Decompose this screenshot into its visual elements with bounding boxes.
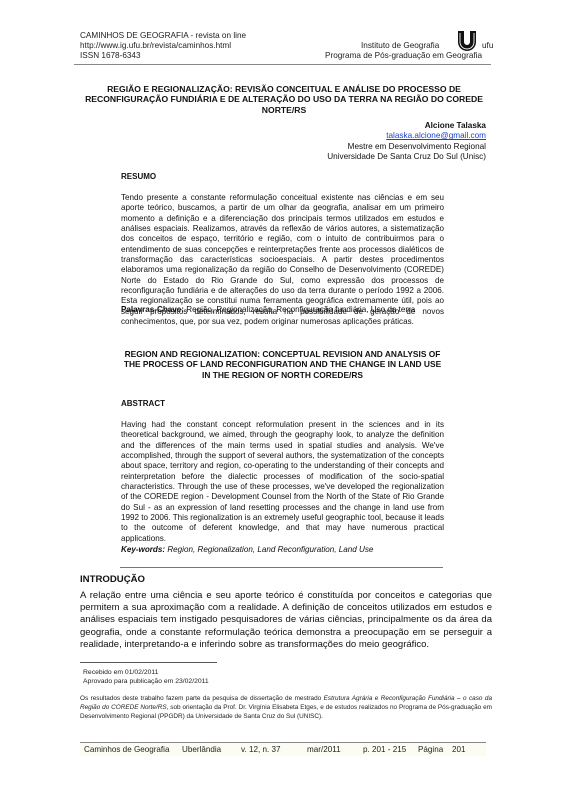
footer-city: Uberlândia xyxy=(182,745,221,754)
footer-pages: p. 201 - 215 xyxy=(363,745,406,754)
author-email-link[interactable]: talaska.alcione@gmail.com xyxy=(386,131,486,140)
key-words: Key-words: Region, Regionalization, Land… xyxy=(121,545,373,554)
resumo-heading: RESUMO xyxy=(121,172,156,181)
footnote-dates: Recebido em 01/02/2011 Aprovado para pub… xyxy=(83,668,209,686)
abstract-body: Having had the constant concept reformul… xyxy=(121,420,444,544)
institute-name: Instituto de Geografia xyxy=(361,41,439,50)
footnote-note: Os resultados deste trabalho fazem parte… xyxy=(80,694,492,721)
intro-body: A relação entre uma ciência e seu aporte… xyxy=(80,590,492,651)
abstract-heading: ABSTRACT xyxy=(121,399,165,408)
palavras-chave-values: Região, Regionalização, Reconfiguração f… xyxy=(184,305,415,314)
footer-page-number: 201 xyxy=(452,745,466,754)
received-date: Recebido em 01/02/2011 xyxy=(83,668,209,677)
program-name: Programa de Pós-graduação em Geografia xyxy=(325,51,482,61)
author-name: Alcione Talaska xyxy=(226,121,486,131)
ufu-label: ufu xyxy=(482,41,493,50)
footer-date: mar/2011 xyxy=(307,745,341,754)
author-degree: Mestre em Desenvolvimento Regional xyxy=(226,142,486,152)
footer-volume: v. 12, n. 37 xyxy=(241,745,280,754)
author-institution: Universidade De Santa Cruz Do Sul (Unisc… xyxy=(226,152,486,162)
footer-journal: Caminhos de Geografia xyxy=(84,745,169,754)
journal-name: CAMINHOS DE GEOGRAFIA - revista on line xyxy=(80,31,246,41)
footer-page-label: Página xyxy=(418,745,443,754)
palavras-chave: Palavras-Chave: Região, Regionalização, … xyxy=(121,305,415,314)
journal-url[interactable]: http://www.ig.ufu.br/revista/caminhos.ht… xyxy=(80,41,246,51)
ufu-logo-icon xyxy=(455,30,479,52)
page-footer: Caminhos de Geografia Uberlândia v. 12, … xyxy=(80,742,486,756)
intro-heading: INTRODUÇÃO xyxy=(80,574,145,585)
key-words-label: Key-words: xyxy=(121,545,165,554)
footnote-divider xyxy=(80,662,217,663)
palavras-chave-label: Palavras-Chave: xyxy=(121,305,184,314)
approved-date: Aprovado para publicação em 23/02/2011 xyxy=(83,677,209,686)
header-divider xyxy=(74,64,491,65)
journal-page: CAMINHOS DE GEOGRAFIA - revista on line … xyxy=(0,0,566,800)
article-title-pt: REGIÃO E REGIONALIZAÇÃO: REVISÃO CONCEIT… xyxy=(76,84,492,115)
footnote-note-prefix: Os resultados deste trabalho fazem parte… xyxy=(80,695,324,702)
abstract-divider xyxy=(120,567,443,568)
article-title-en: REGION AND REGIONALIZATION: CONCEPTUAL R… xyxy=(121,349,444,380)
journal-issn: ISSN 1678-6343 xyxy=(80,51,246,61)
author-block: Alcione Talaska talaska.alcione@gmail.co… xyxy=(226,121,486,163)
key-words-values: Region, Regionalization, Land Reconfigur… xyxy=(165,545,373,554)
journal-header-left: CAMINHOS DE GEOGRAFIA - revista on line … xyxy=(80,31,246,62)
